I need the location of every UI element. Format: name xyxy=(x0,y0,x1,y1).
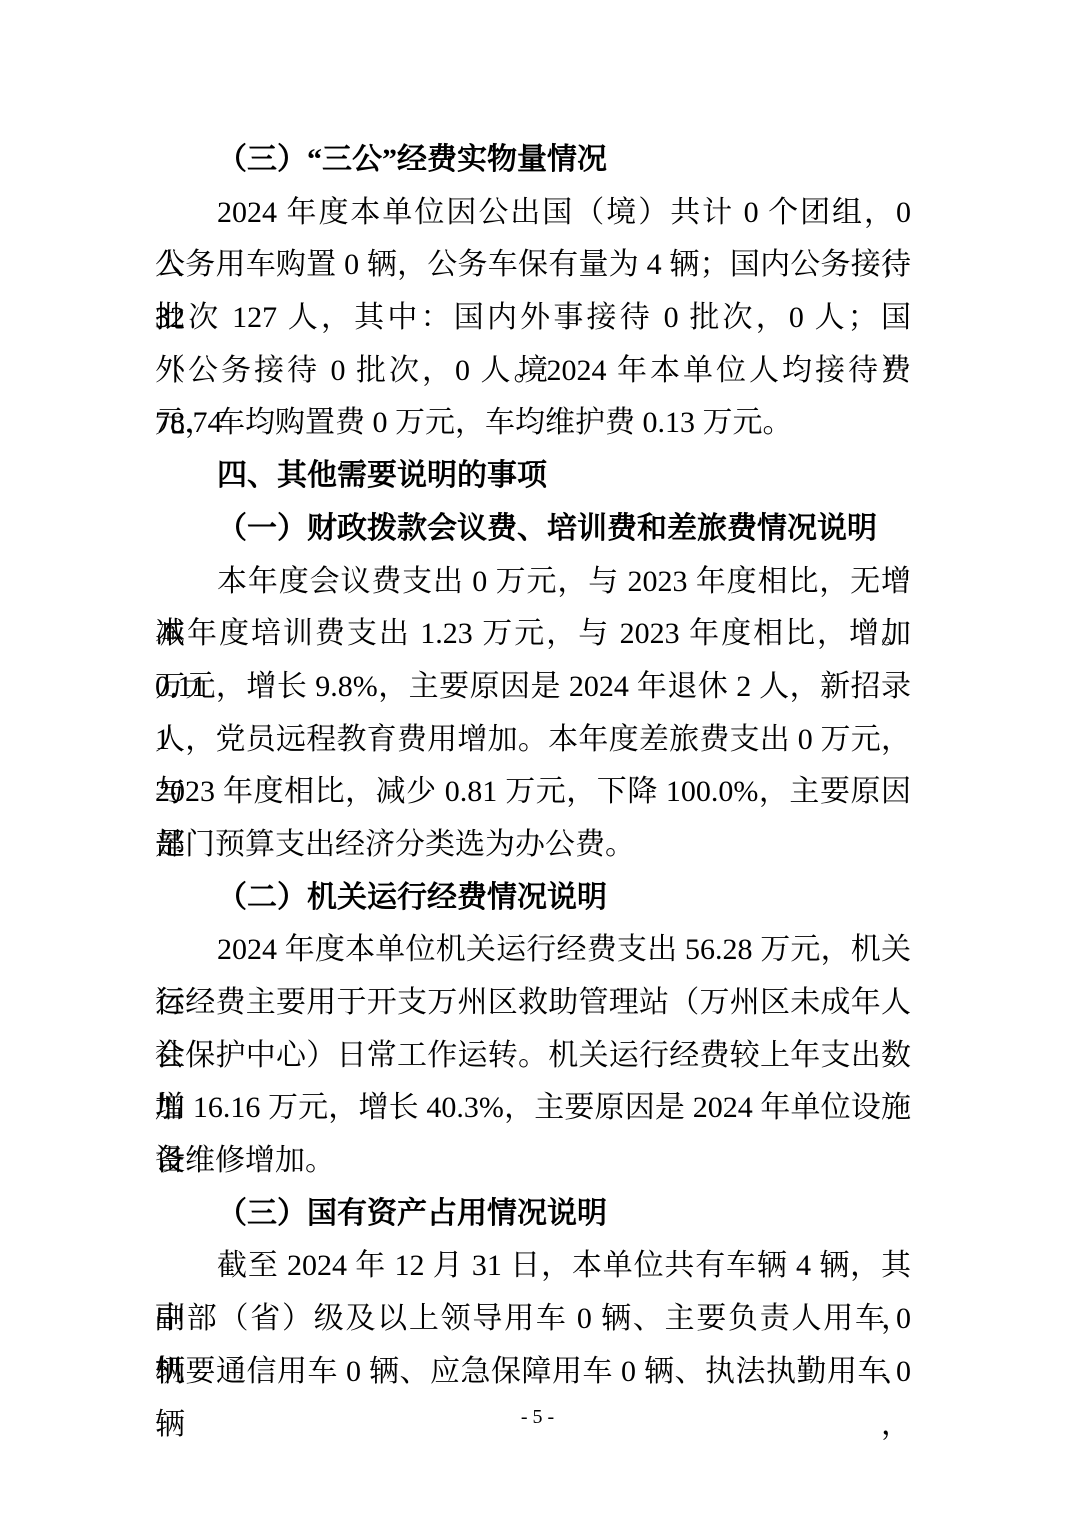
paragraph-line: 元，车均购置费 0 万元，车均维护费 0.13 万元。 xyxy=(155,397,911,450)
subsection-heading-agency-operating-funds: （二）机关运行经费情况说明 xyxy=(155,872,911,925)
paragraph-line: 加 16.16 万元，增长 40.3%，主要原因是 2024 年单位设施设 xyxy=(155,1082,911,1135)
paragraph-line: 备维修增加。 xyxy=(155,1135,911,1188)
subsection-heading-meeting-training-travel: （一）财政拨款会议费、培训费和差旅费情况说明 xyxy=(155,503,911,556)
document-page: （三）“三公”经费实物量情况 2024 年度本单位因公出国（境）共计 0 个团组… xyxy=(0,0,1075,1520)
paragraph-line: 本年度培训费支出 1.23 万元，与 2023 年度相比，增加 0.11 xyxy=(155,608,911,661)
paragraph-line: 万元，增长 9.8%，主要原因是 2024 年退休 2 人，新招录 1 xyxy=(155,661,911,714)
paragraph-line: 人，党员远程教育费用增加。本年度差旅费支出 0 万元，与 xyxy=(155,714,911,767)
paragraph-line: 本年度会议费支出 0 万元，与 2023 年度相比，无增减。 xyxy=(155,556,911,609)
paragraph-line: 外公务接待 0 批次，0 人。2024 年本单位人均接待费 78.74 xyxy=(155,345,911,398)
paragraph-line: 机要通信用车 0 辆、应急保障用车 0 辆、执法执勤用车 0 辆， xyxy=(155,1346,911,1399)
paragraph-line: 副部（省）级及以上领导用车 0 辆、主要负责人用车 0 辆、 xyxy=(155,1293,911,1346)
paragraph-line: 会保护中心）日常工作运转。机关运行经费较上年支出数增 xyxy=(155,1030,911,1083)
paragraph-line: 2024 年度本单位机关运行经费支出 56.28 万元，机关运 xyxy=(155,924,911,977)
paragraph-line: 批次 127 人，其中：国内外事接待 0 批次，0 人；国（境） xyxy=(155,292,911,345)
document-body: （三）“三公”经费实物量情况 2024 年度本单位因公出国（境）共计 0 个团组… xyxy=(155,134,911,1399)
paragraph-line: 行经费主要用于开支万州区救助管理站（万州区未成年人社 xyxy=(155,977,911,1030)
paragraph-line: 截至 2024 年 12 月 31 日，本单位共有车辆 4 辆，其中， xyxy=(155,1240,911,1293)
paragraph-line: 2023 年度相比，减少 0.81 万元，下降 100.0%，主要原因是 xyxy=(155,766,911,819)
paragraph-line: 2024 年度本单位因公出国（境）共计 0 个团组，0 人； xyxy=(155,187,911,240)
subsection-heading-sangong-physical: （三）“三公”经费实物量情况 xyxy=(155,134,911,187)
paragraph-line: 部门预算支出经济分类选为办公费。 xyxy=(155,819,911,872)
paragraph-line: 公务用车购置 0 辆，公务车保有量为 4 辆；国内公务接待 32 xyxy=(155,239,911,292)
page-number: - 5 - xyxy=(0,1402,1075,1432)
section-heading-other-matters: 四、其他需要说明的事项 xyxy=(155,450,911,503)
subsection-heading-state-assets: （三）国有资产占用情况说明 xyxy=(155,1188,911,1241)
